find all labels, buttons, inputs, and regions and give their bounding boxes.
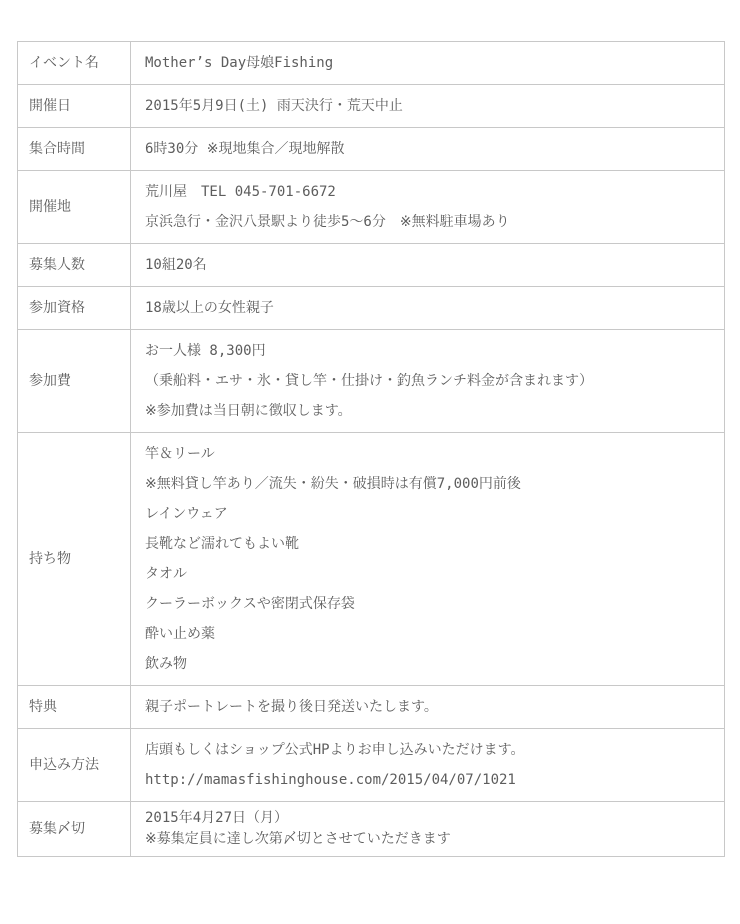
row-label: 申込み方法 [18, 729, 131, 802]
row-label: 募集人数 [18, 244, 131, 287]
row-value-cell: お一人様 8,300円（乗船料・エサ・氷・貸し竿・仕掛け・釣魚ランチ料金が含まれ… [131, 330, 725, 433]
value-line: 荒川屋 TEL 045-701-6672 [145, 177, 710, 207]
row-label: 集合時間 [18, 128, 131, 171]
value-line: 酔い止め薬 [145, 619, 710, 649]
row-value-cell: 親子ポートレートを撮り後日発送いたします。 [131, 686, 725, 729]
event-info-table-body: イベント名Mother’s Day母娘Fishing開催日2015年5月9日(土… [18, 42, 725, 857]
row-label: 開催日 [18, 85, 131, 128]
value-line: （乗船料・エサ・氷・貸し竿・仕掛け・釣魚ランチ料金が含まれます） [145, 366, 710, 396]
value-line: 長靴など濡れてもよい靴 [145, 529, 710, 559]
row-label: イベント名 [18, 42, 131, 85]
table-row: 集合時間6時30分 ※現地集合／現地解散 [18, 128, 725, 171]
row-value-cell: 竿＆リール※無料貸し竿あり／流失・紛失・破損時は有償7,000円前後レインウェア… [131, 433, 725, 686]
value-line: 飲み物 [145, 649, 710, 679]
value-line: 2015年4月27日（月） [145, 808, 710, 829]
event-info-table: イベント名Mother’s Day母娘Fishing開催日2015年5月9日(土… [17, 41, 725, 857]
url-text: http://mamasfishinghouse.com/2015/04/07/… [145, 765, 710, 795]
table-row: 特典親子ポートレートを撮り後日発送いたします。 [18, 686, 725, 729]
value-line: タオル [145, 559, 710, 589]
table-row: 申込み方法店頭もしくはショップ公式HPよりお申し込みいただけます。http://… [18, 729, 725, 802]
value-line: 10組20名 [145, 250, 710, 280]
row-value-cell: 荒川屋 TEL 045-701-6672京浜急行・金沢八景駅より徒歩5〜6分 ※… [131, 171, 725, 244]
row-label: 持ち物 [18, 433, 131, 686]
value-line: クーラーボックスや密閉式保存袋 [145, 589, 710, 619]
value-line: 竿＆リール [145, 439, 710, 469]
row-label: 特典 [18, 686, 131, 729]
table-row: 募集〆切2015年4月27日（月）※募集定員に達し次第〆切とさせていただきます [18, 802, 725, 857]
row-value-cell: 2015年5月9日(土) 雨天決行・荒天中止 [131, 85, 725, 128]
table-row: 開催地荒川屋 TEL 045-701-6672京浜急行・金沢八景駅より徒歩5〜6… [18, 171, 725, 244]
row-label: 参加資格 [18, 287, 131, 330]
value-line: 親子ポートレートを撮り後日発送いたします。 [145, 692, 710, 722]
row-value-cell: 店頭もしくはショップ公式HPよりお申し込みいただけます。http://mamas… [131, 729, 725, 802]
value-line: ※無料貸し竿あり／流失・紛失・破損時は有償7,000円前後 [145, 469, 710, 499]
value-line: 6時30分 ※現地集合／現地解散 [145, 134, 710, 164]
table-row: 募集人数10組20名 [18, 244, 725, 287]
value-line: 18歳以上の女性親子 [145, 293, 710, 323]
row-value-cell: Mother’s Day母娘Fishing [131, 42, 725, 85]
table-row: 参加費お一人様 8,300円（乗船料・エサ・氷・貸し竿・仕掛け・釣魚ランチ料金が… [18, 330, 725, 433]
row-label: 開催地 [18, 171, 131, 244]
value-line: 京浜急行・金沢八景駅より徒歩5〜6分 ※無料駐車場あり [145, 207, 710, 237]
row-label: 参加費 [18, 330, 131, 433]
value-line: お一人様 8,300円 [145, 336, 710, 366]
value-line: ※募集定員に達し次第〆切とさせていただきます [145, 829, 710, 850]
table-row: 開催日2015年5月9日(土) 雨天決行・荒天中止 [18, 85, 725, 128]
row-value-cell: 6時30分 ※現地集合／現地解散 [131, 128, 725, 171]
table-row: イベント名Mother’s Day母娘Fishing [18, 42, 725, 85]
row-label: 募集〆切 [18, 802, 131, 857]
value-line: ※参加費は当日朝に徴収します。 [145, 396, 710, 426]
value-line: 店頭もしくはショップ公式HPよりお申し込みいただけます。 [145, 735, 710, 765]
value-line: Mother’s Day母娘Fishing [145, 48, 710, 78]
event-info-page: イベント名Mother’s Day母娘Fishing開催日2015年5月9日(土… [0, 0, 740, 924]
row-value-cell: 10組20名 [131, 244, 725, 287]
value-line: 2015年5月9日(土) 雨天決行・荒天中止 [145, 91, 710, 121]
row-value-cell: 18歳以上の女性親子 [131, 287, 725, 330]
row-value-cell: 2015年4月27日（月）※募集定員に達し次第〆切とさせていただきます [131, 802, 725, 857]
table-row: 参加資格18歳以上の女性親子 [18, 287, 725, 330]
value-line: レインウェア [145, 499, 710, 529]
table-row: 持ち物竿＆リール※無料貸し竿あり／流失・紛失・破損時は有償7,000円前後レイン… [18, 433, 725, 686]
